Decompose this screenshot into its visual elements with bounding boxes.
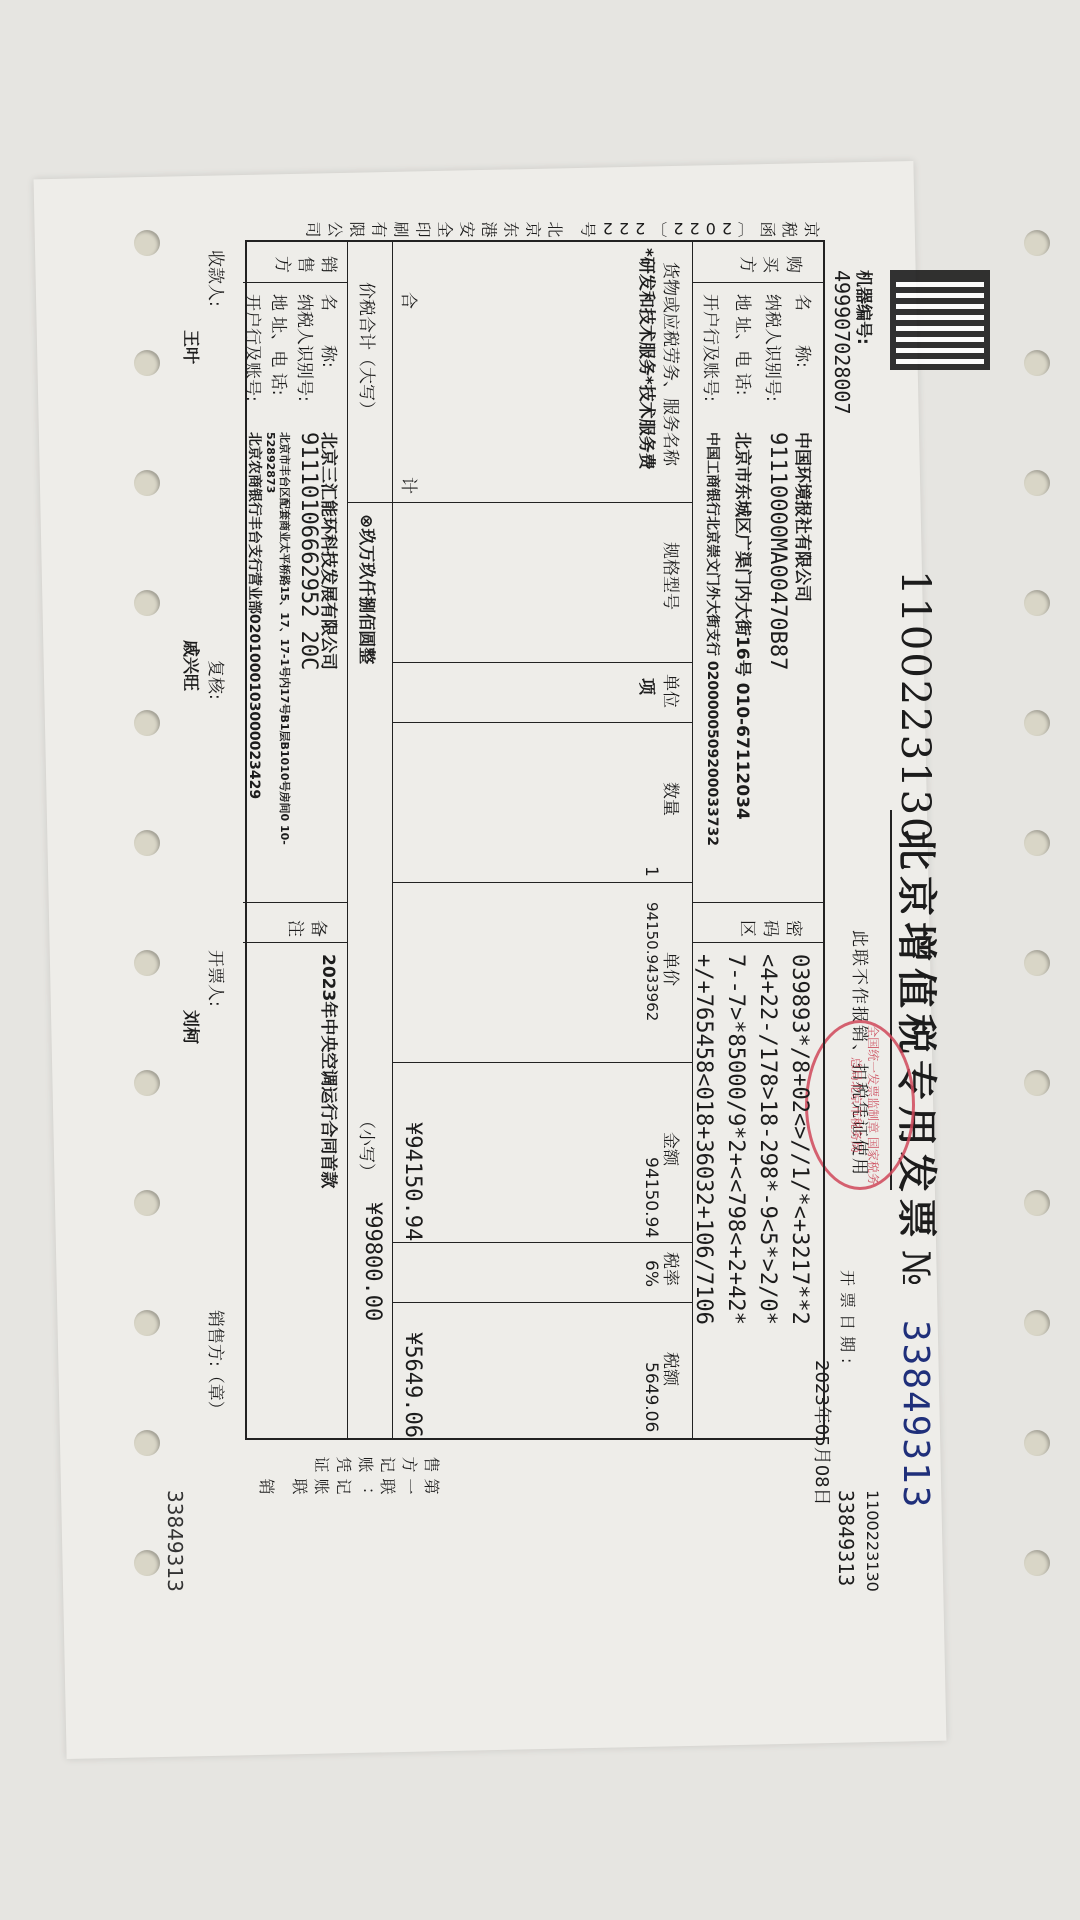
invoice-code: 1100223130: [892, 570, 938, 845]
buyer-tax-id: 91110000MA00470B87: [765, 432, 790, 670]
printer-note: 京税函〔2022〕222号 北京东港安全印刷有限公司: [220, 200, 820, 240]
bottom-serial-number: 33849313: [163, 1490, 187, 1592]
seller-tax-id-label: 纳税人识别号:: [294, 294, 319, 402]
col-header-unit-price: 单价: [660, 952, 685, 986]
cipher-section-label: 密码区: [734, 914, 803, 939]
buyer-address: 北京市东城区广渠门内大街16号 010-67112034: [732, 432, 757, 820]
col-header-qty: 数量: [660, 782, 685, 816]
payee-label: 收款人:: [205, 250, 230, 307]
invoice: 机器编号: 499907028007 1100223130 北京增值税专用发票 …: [150, 190, 1010, 1690]
issuer: 刘柯: [180, 1010, 205, 1044]
remarks-text: 2023年中央空调运行合同首款: [318, 954, 343, 1188]
machine-no-label: 机器编号:: [853, 270, 878, 345]
seller-name-label: 名 称:: [318, 294, 343, 368]
item-amount: 94150.94: [641, 1157, 661, 1238]
seller-section-label: 销售方: [269, 250, 338, 275]
invoice-grid: 购买方 名 称: 中国环境报社有限公司 纳税人识别号: 91110000MA00…: [245, 240, 825, 1440]
issue-date-label: 开票日期:: [837, 1270, 860, 1369]
grand-total-lowercase: ¥99800.00: [360, 1202, 385, 1321]
reviewer-label: 复核:: [205, 660, 230, 700]
seller-bank-label: 开户行及账号:: [242, 294, 267, 402]
col-header-tax-rate: 税率: [660, 1252, 685, 1286]
cipher-line: <4+22-/178>18-298*-9<5*>2/0*: [751, 954, 783, 1325]
col-header-tax: 税额: [660, 1352, 685, 1386]
item-name: *研发和技术服务*技术服务费: [636, 248, 661, 470]
buyer-name: 中国环境报社有限公司: [792, 432, 817, 602]
cipher-area: 039893*/8+02<>//1/*<+3217**2 <4+22-/178>…: [687, 954, 815, 1325]
buyer-bank-label: 开户行及账号:: [700, 294, 725, 402]
total-label: 合 计: [398, 292, 423, 514]
seller-address-label: 地 址、电 话:: [268, 294, 293, 396]
seller-seal-label: 销售方:（章）: [205, 1310, 230, 1418]
seller-name: 北京三汇能环科技发展有限公司: [318, 432, 343, 670]
invoice-number-small: 33849313: [834, 1490, 858, 1586]
col-header-amount: 金额: [660, 1132, 685, 1166]
reviewer: 戚兴旺: [180, 640, 205, 691]
item-qty: 1: [641, 866, 661, 877]
buyer-address-label: 地 址、电 话:: [732, 294, 757, 396]
invoice-title: 北京增值税专用发票: [891, 830, 948, 1244]
seller-tax-id: 91110106662952 20C: [296, 432, 321, 670]
issuer-label: 开票人:: [205, 950, 230, 1007]
grand-total-label: 价税合计（大写）: [356, 282, 381, 418]
number-symbol: №: [894, 1250, 938, 1286]
invoice-code-small: 1100223130: [863, 1490, 882, 1592]
item-unit-price: 94150.9433962: [643, 902, 661, 1021]
perforation-bottom: [130, 190, 160, 1690]
invoice-number: 33849313: [895, 1320, 936, 1509]
grand-total-uppercase: ⊗玖万玖仟捌佰圆整: [356, 514, 381, 664]
buyer-section-label: 购买方: [734, 250, 803, 275]
cipher-line: 039893*/8+02<>//1/*<+3217**2: [783, 954, 815, 1325]
buyer-bank: 中国工商银行北京崇文门外大街支行 0200000509200033732: [703, 432, 723, 846]
qr-code: [890, 270, 990, 370]
perforation-top: [1020, 190, 1050, 1690]
total-amount: ¥94150.94: [400, 1122, 425, 1241]
col-header-spec: 规格型号: [660, 542, 685, 610]
buyer-name-label: 名 称:: [792, 294, 817, 368]
item-tax-rate: 6%: [641, 1260, 661, 1287]
item-unit: 项: [636, 678, 661, 695]
item-tax: 5649.06: [641, 1362, 661, 1432]
col-header-name: 货物或应税劳务、服务名称: [660, 262, 685, 466]
machine-no: 499907028007: [830, 270, 854, 415]
remarks-label: 备注: [282, 914, 328, 939]
seller-bank: 北京农商银行丰台支行营业部0201000103000023429: [245, 432, 265, 799]
seller-address: 北京市丰台区配套商业太平桥路15、17、17-1号内17号B1层B1010号房间…: [264, 432, 293, 892]
grand-total-lowercase-label: （小写）: [356, 1112, 381, 1180]
copy-label: 第一联：记账联 销售方记账凭证: [240, 1452, 440, 1496]
cipher-line: 7--7>*85000/9*2+<<798<+2+42*: [719, 954, 751, 1325]
col-header-unit: 单位: [660, 674, 685, 708]
buyer-tax-id-label: 纳税人识别号:: [762, 294, 787, 402]
payee: 王叶: [180, 330, 205, 364]
total-tax: ¥5649.06: [400, 1332, 425, 1438]
